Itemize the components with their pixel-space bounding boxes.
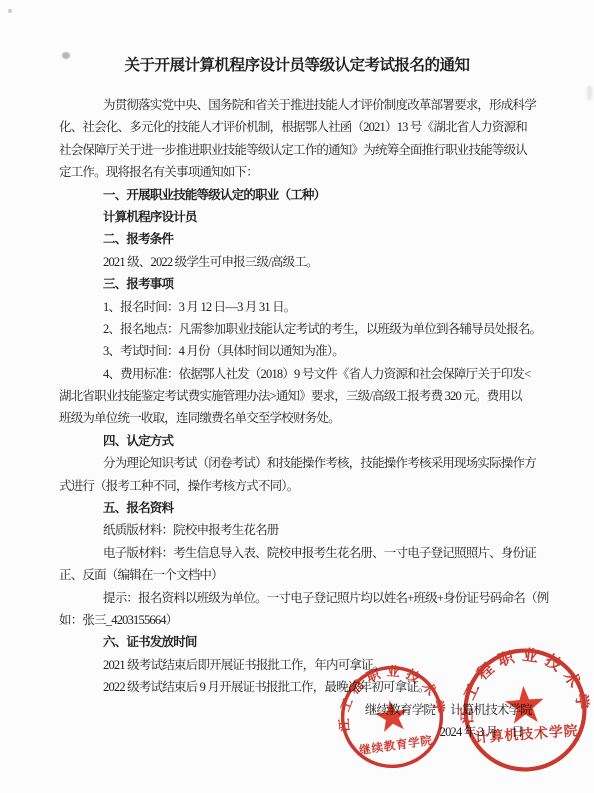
section-heading: 三、报考事项 <box>59 273 535 295</box>
body-line: 正、反面（编辑在一个文档中） <box>59 564 535 586</box>
body-line: 纸质版材料：院校申报考生花名册 <box>59 519 535 541</box>
body-line: 电子版材料：考生信息导入表、院校申报考生花名册、一寸电子登记照照片、身份证 <box>59 542 535 564</box>
section-heading: 五、报名资料 <box>59 497 535 519</box>
body-line: 式进行（报考工种不同，操作考核方式不同）。 <box>59 475 535 497</box>
body-line: 计算机程序设计员 <box>59 206 535 228</box>
seal-bottom-text: 继续教育学院 <box>358 733 433 757</box>
seal-continuing-education: 长江工程职业技术学院 继续教育学院 <box>331 656 453 778</box>
body-line: 班级为单位统一收取，连同缴费名单交至学校财务处。 <box>59 407 535 429</box>
star-icon <box>504 685 545 725</box>
body-line: 提示：报名资料以班级为单位。一寸电子登记照片均以姓名+班级+身份证号码命名（例 <box>59 587 535 609</box>
seal-bottom-text: 计算机技术学院 <box>474 722 579 746</box>
scan-speck <box>587 86 592 100</box>
body-line: 4、费用标准：依据鄂人社发（2018）9 号文件《省人力资源和社会保障厅关于印发… <box>59 363 535 385</box>
notice-title: 关于开展计算机程序设计员等级认定考试报名的通知 <box>0 55 594 77</box>
notice-body: 为贯彻落实党中央、国务院和省关于推进技能人才评价制度改革部署要求，形成科学 化、… <box>59 94 535 743</box>
scan-speck <box>8 9 12 13</box>
body-line: 分为理论知识考试（闭卷考试）和技能操作考核，技能操作考核采用现场实际操作方 <box>59 452 535 474</box>
body-line: 社会保障厅关于进一步推进职业技能等级认定工作的通知》为统筹全面推行职业技能等级认 <box>59 139 535 161</box>
body-line: 3、考试时间：4 月份（具体时间以通知为准）。 <box>59 340 535 362</box>
section-heading: 四、认定方式 <box>59 430 535 452</box>
body-line: 定工作。现将报名有关事项通知如下： <box>59 161 535 183</box>
star-icon <box>374 698 410 733</box>
body-line: 1、报名时间：3 月 12 日—3 月 31 日。 <box>59 296 535 318</box>
body-line: 2、报名地点：凡需参加职业技能认定考试的考生，以班级为单位到各辅导员处报名。 <box>59 318 535 340</box>
section-heading: 二、报考条件 <box>59 228 535 250</box>
seal-computer-college: 长江工程职业技术学院 计算机技术学院 <box>456 641 594 780</box>
body-line: 如：张三_4203155664） <box>59 609 535 631</box>
document-page: 关于开展计算机程序设计员等级认定考试报名的通知 为贯彻落实党中央、国务院和省关于… <box>0 0 594 793</box>
body-line: 湖北省职业技能鉴定考试费实施管理办法>通知》要求，三级/高级工报考费 320 元… <box>59 385 535 407</box>
body-line: 2021 级、2022 级学生可申报三级/高级工。 <box>59 251 535 273</box>
body-line: 为贯彻落实党中央、国务院和省关于推进技能人才评价制度改革部署要求，形成科学 <box>59 94 535 116</box>
body-line: 化、社会化、多元化的技能人才评价机制，根据鄂人社函（2021）13 号《湖北省人… <box>59 116 535 138</box>
section-heading: 一、开展职业技能等级认定的职业（工种） <box>59 184 535 206</box>
